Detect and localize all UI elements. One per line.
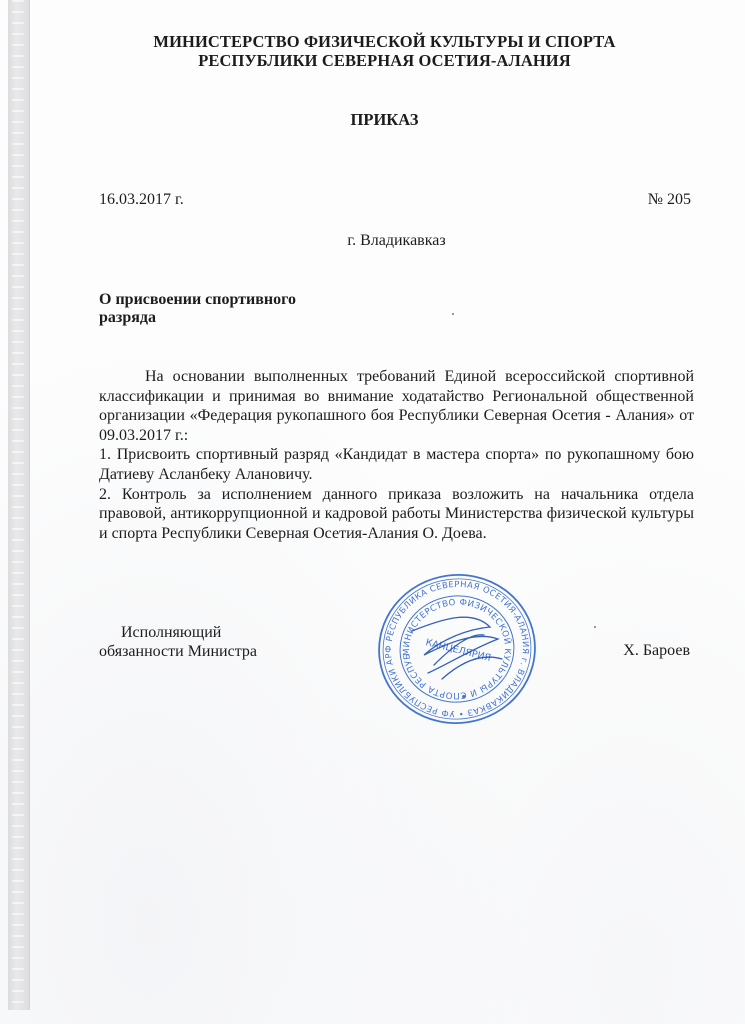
ministry-header: МИНИСТЕРСТВО ФИЗИЧЕСКОЙ КУЛЬТУРЫ И СПОРТ…	[0, 32, 745, 70]
document-title: ПРИКАЗ	[12, 110, 745, 130]
official-stamp: РФ РЕСПУБЛИКА СЕВЕРНАЯ ОСЕТИЯ-АЛАНИЯ г. …	[372, 569, 542, 729]
preamble-paragraph: На основании выполненных требований Един…	[99, 367, 694, 445]
order-date: 16.03.2017 г.	[99, 191, 184, 209]
subject-line-2: разряда	[99, 309, 296, 327]
signatory-position: Исполняющий обязанности Министра	[99, 623, 257, 661]
header-line-1: МИНИСТЕРСТВО ФИЗИЧЕСКОЙ КУЛЬТУРЫ И СПОРТ…	[24, 32, 745, 51]
stamp-seal-icon: РФ РЕСПУБЛИКА СЕВЕРНАЯ ОСЕТИЯ-АЛАНИЯ г. …	[372, 569, 542, 729]
scan-speck	[452, 313, 454, 315]
subject-line-1: О присвоении спортивного	[99, 291, 296, 309]
order-subject: О присвоении спортивного разряда	[99, 291, 296, 327]
signatory-name: Х. Бароев	[623, 642, 690, 660]
order-item-2: 2. Контроль за исполнением данного прика…	[99, 485, 694, 544]
position-line-2: обязанности Министра	[99, 642, 257, 661]
order-number: № 205	[648, 191, 691, 209]
scan-speck	[594, 626, 596, 628]
binder-strip	[8, 0, 30, 1010]
header-line-2: РЕСПУБЛИКИ СЕВЕРНАЯ ОСЕТИЯ-АЛАНИЯ	[24, 51, 745, 70]
order-body: На основании выполненных требований Един…	[99, 367, 694, 543]
position-line-1: Исполняющий	[99, 623, 257, 642]
city: г. Владикавказ	[24, 232, 745, 250]
order-item-1: 1. Присвоить спортивный разряд «Кандидат…	[99, 445, 694, 484]
